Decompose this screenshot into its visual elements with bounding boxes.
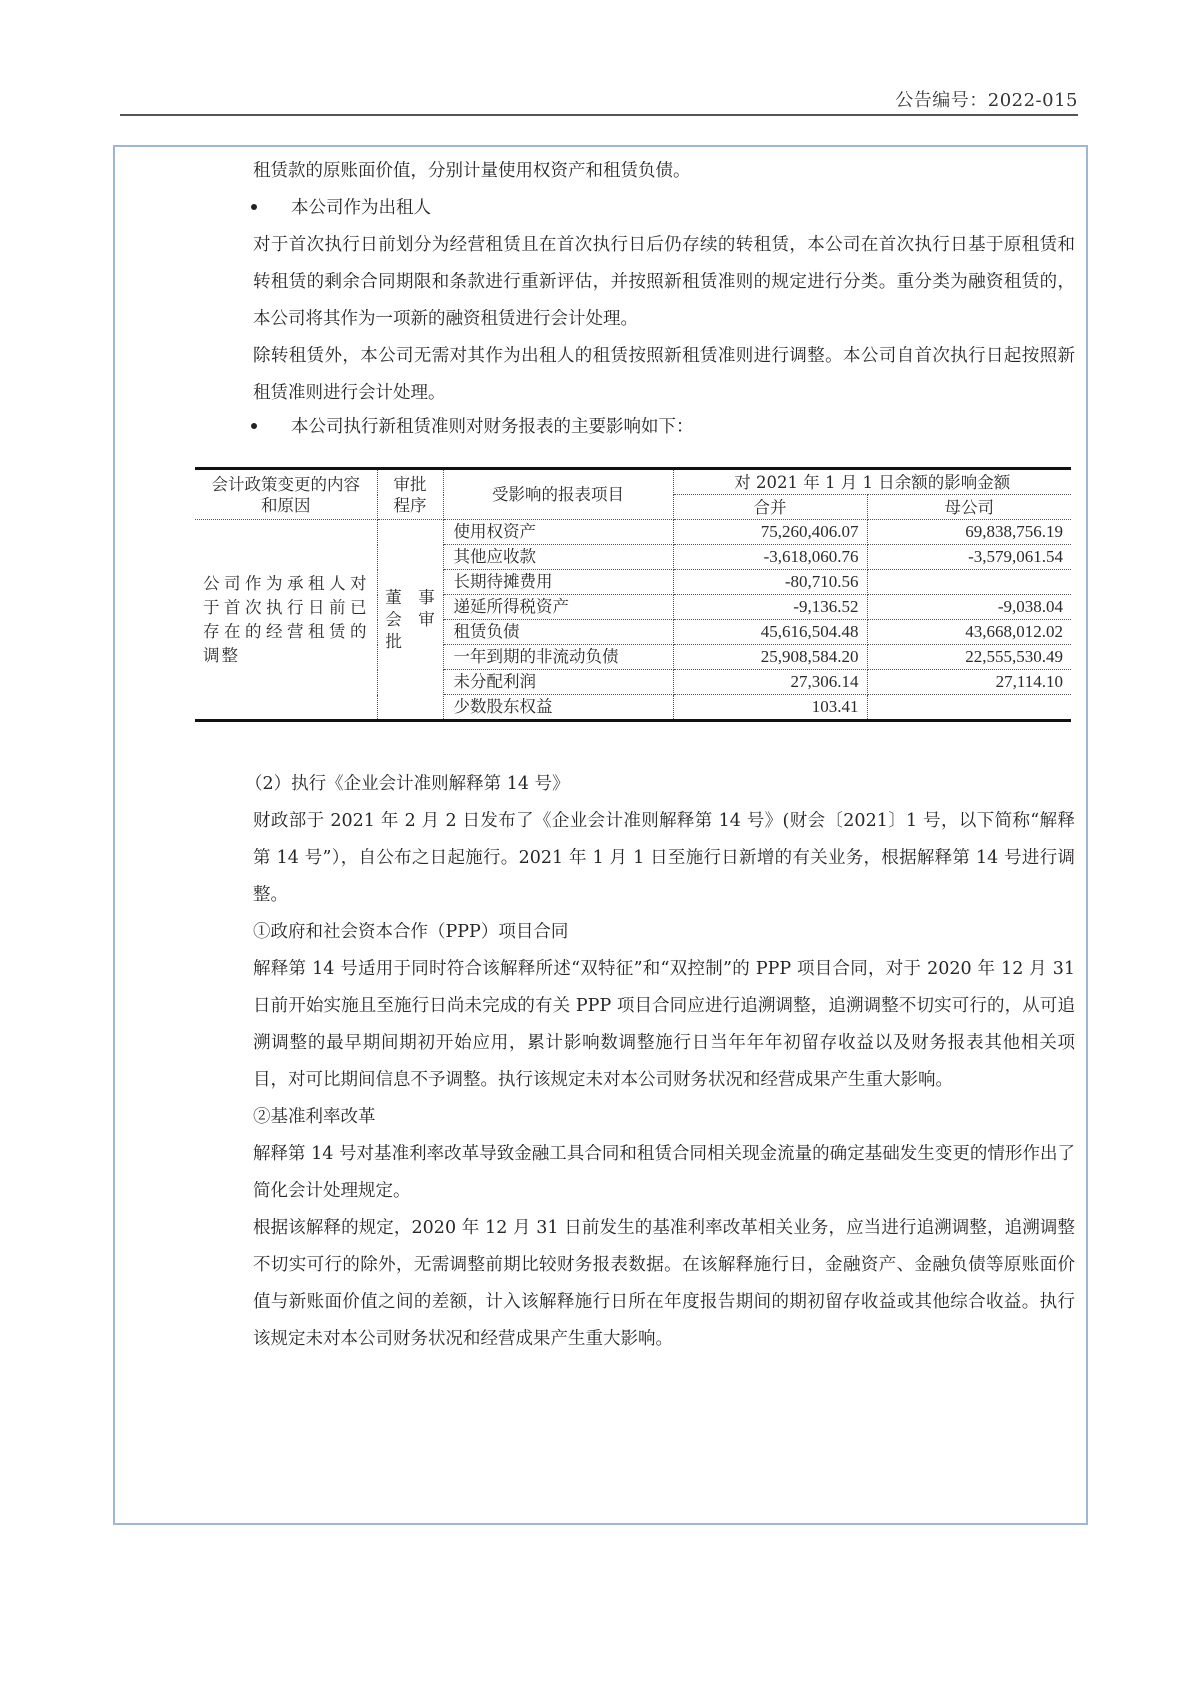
paragraph: 除转租赁外，本公司无需对其作为出租人的租赁按照新租赁准则进行调整。本公司自首次执… (253, 338, 1075, 412)
header-divider (120, 114, 1078, 116)
consolidated-cell: 103.41 (673, 695, 867, 721)
parent-cell: -9,038.04 (867, 595, 1071, 620)
impact-table-container: 会计政策变更的内容和原因 审批程序 受影响的报表项目 对 2021 年 1 月 … (195, 467, 1071, 722)
consolidated-cell: 45,616,504.48 (673, 620, 867, 645)
consolidated-cell: -3,618,060.76 (673, 545, 867, 570)
paragraph: 根据该解释的规定，2020 年 12 月 31 日前发生的基准利率改革相关业务，… (253, 1210, 1075, 1358)
bullet-icon (251, 204, 257, 210)
item-cell: 其他应收款 (443, 545, 673, 570)
bullet-item: 本公司执行新租赁准则对财务报表的主要影响如下： (253, 412, 1075, 442)
consolidated-cell: -80,710.56 (673, 570, 867, 595)
header-item: 受影响的报表项目 (443, 469, 673, 520)
bullet-text: 本公司执行新租赁准则对财务报表的主要影响如下： (291, 417, 694, 437)
subheading: ②基准利率改革 (253, 1099, 1075, 1136)
section-heading: （2）执行《企业会计准则解释第 14 号》 (245, 766, 1075, 803)
table-header-row: 会计政策变更的内容和原因 审批程序 受影响的报表项目 对 2021 年 1 月 … (195, 469, 1071, 495)
bullet-icon (251, 423, 257, 429)
parent-cell: 43,668,012.02 (867, 620, 1071, 645)
consolidated-cell: 25,908,584.20 (673, 645, 867, 670)
header-reason: 会计政策变更的内容和原因 (195, 469, 377, 520)
item-cell: 长期待摊费用 (443, 570, 673, 595)
paragraph: 对于首次执行日前划分为经营租赁且在首次执行日后仍存续的转租赁，本公司在首次执行日… (253, 227, 1075, 338)
approval-cell: 董 事 会 审 批 (377, 520, 443, 721)
bullet-item: 本公司作为出租人 (253, 190, 1075, 227)
consolidated-cell: 75,260,406.07 (673, 520, 867, 545)
paragraph: 解释第 14 号适用于同时符合该解释所述“双特征”和“双控制”的 PPP 项目合… (253, 951, 1075, 1099)
announcement-number: 公告编号：2022-015 (895, 86, 1078, 112)
header-approval: 审批程序 (377, 469, 443, 520)
paragraph: 财政部于 2021 年 2 月 2 日发布了《企业会计准则解释第 14 号》(财… (253, 803, 1075, 914)
item-cell: 一年到期的非流动负债 (443, 645, 673, 670)
header-consolidated: 合并 (673, 495, 867, 520)
item-cell: 少数股东权益 (443, 695, 673, 721)
consolidated-cell: 27,306.14 (673, 670, 867, 695)
item-cell: 未分配利润 (443, 670, 673, 695)
reason-cell: 公司作为承租人对于首次执行日前已存在的经营租赁的调整 (195, 520, 377, 721)
subheading: ①政府和社会资本合作（PPP）项目合同 (253, 914, 1075, 951)
parent-cell (867, 695, 1071, 721)
header-impact-group: 对 2021 年 1 月 1 日余额的影响金额 (673, 469, 1071, 495)
parent-cell: 27,114.10 (867, 670, 1071, 695)
parent-cell (867, 570, 1071, 595)
table-row: 公司作为承租人对于首次执行日前已存在的经营租赁的调整 董 事 会 审 批 使用权… (195, 520, 1071, 545)
consolidated-cell: -9,136.52 (673, 595, 867, 620)
parent-cell: -3,579,061.54 (867, 545, 1071, 570)
approval-line: 批 (384, 631, 437, 653)
section-lessor: 租赁款的原账面价值，分别计量使用权资产和租赁负债。 本公司作为出租人 对于首次执… (253, 153, 1075, 442)
item-cell: 递延所得税资产 (443, 595, 673, 620)
paragraph: 解释第 14 号对基准利率改革导致金融工具合同和租赁合同相关现金流量的确定基础发… (253, 1136, 1075, 1210)
parent-cell: 22,555,530.49 (867, 645, 1071, 670)
lease-impact-table: 会计政策变更的内容和原因 审批程序 受影响的报表项目 对 2021 年 1 月 … (195, 467, 1071, 722)
header-parent: 母公司 (867, 495, 1071, 520)
item-cell: 使用权资产 (443, 520, 673, 545)
parent-cell: 69,838,756.19 (867, 520, 1071, 545)
approval-line: 董 事 (384, 587, 437, 609)
section-interpretation-14: （2）执行《企业会计准则解释第 14 号》 财政部于 2021 年 2 月 2 … (253, 766, 1075, 1358)
bullet-text: 本公司作为出租人 (291, 198, 431, 218)
approval-line: 会 审 (384, 609, 437, 631)
item-cell: 租赁负债 (443, 620, 673, 645)
paragraph: 租赁款的原账面价值，分别计量使用权资产和租赁负债。 (253, 153, 1075, 190)
